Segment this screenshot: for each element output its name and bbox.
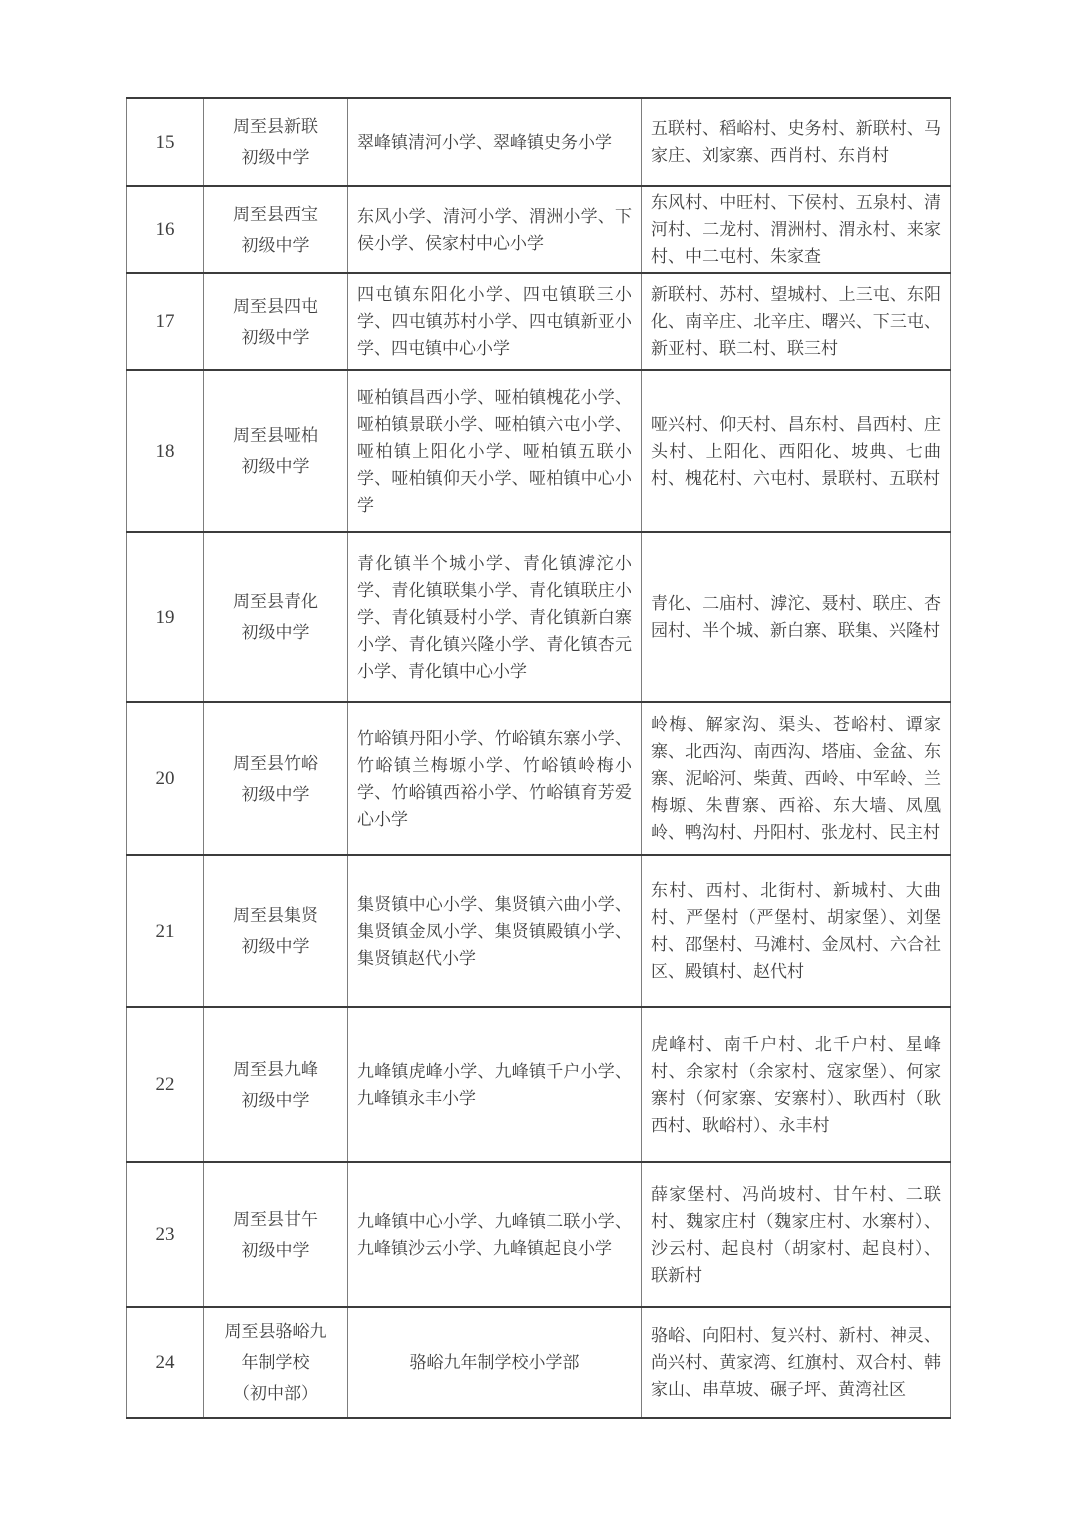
table-row-19: 19 周至县青化 初级中学 青化镇半个城小学、青化镇滹沱小学、青化镇联集小学、青… [127,532,951,702]
primary-schools-cell: 翠峰镇清河小学、翠峰镇史务小学 [348,98,642,186]
middle-school-cell: 周至县九峰 初级中学 [204,1007,348,1162]
primary-schools-cell: 骆峪九年制学校小学部 [348,1307,642,1418]
primary-schools-cell: 集贤镇中心小学、集贤镇六曲小学、集贤镇金凤小学、集贤镇殿镇小学、集贤镇赵代小学 [348,855,642,1007]
villages-cell: 五联村、稻峪村、史务村、新联村、马家庄、刘家寨、西肖村、东肖村 [642,98,951,186]
table-row-23: 23 周至县甘午 初级中学 九峰镇中心小学、九峰镇二联小学、九峰镇沙云小学、九峰… [127,1162,951,1307]
serial-number-cell: 15 [127,98,204,186]
primary-schools-cell: 九峰镇虎峰小学、九峰镇千户小学、九峰镇永丰小学 [348,1007,642,1162]
middle-school-cell: 周至县哑柏 初级中学 [204,370,348,532]
primary-schools-cell: 东风小学、清河小学、渭洲小学、下侯小学、侯家村中心小学 [348,186,642,273]
serial-number-cell: 18 [127,370,204,532]
villages-cell: 虎峰村、南千户村、北千户村、星峰村、余家村（余家村、寇家堡）、何家寨村（何家寨、… [642,1007,951,1162]
primary-schools-cell: 青化镇半个城小学、青化镇滹沱小学、青化镇联集小学、青化镇联庄小学、青化镇聂村小学… [348,532,642,702]
middle-school-cell: 周至县甘午 初级中学 [204,1162,348,1307]
document-page: 15 周至县新联 初级中学 翠峰镇清河小学、翠峰镇史务小学 五联村、稻峪村、史务… [0,0,1080,1528]
serial-number-cell: 16 [127,186,204,273]
primary-schools-cell: 哑柏镇昌西小学、哑柏镇槐花小学、哑柏镇景联小学、哑柏镇六屯小学、哑柏镇上阳化小学… [348,370,642,532]
table-row-20: 20 周至县竹峪 初级中学 竹峪镇丹阳小学、竹峪镇东寨小学、竹峪镇兰梅塬小学、竹… [127,702,951,855]
serial-number-cell: 20 [127,702,204,855]
villages-cell: 新联村、苏村、望城村、上三屯、东阳化、南辛庄、北辛庄、曙兴、下三屯、新亚村、联二… [642,273,951,370]
table-row-16: 16 周至县西宝 初级中学 东风小学、清河小学、渭洲小学、下侯小学、侯家村中心小… [127,186,951,273]
serial-number-cell: 19 [127,532,204,702]
primary-schools-cell: 竹峪镇丹阳小学、竹峪镇东寨小学、竹峪镇兰梅塬小学、竹峪镇岭梅小学、竹峪镇西裕小学… [348,702,642,855]
primary-schools-cell: 四屯镇东阳化小学、四屯镇联三小学、四屯镇苏村小学、四屯镇新亚小学、四屯镇中心小学 [348,273,642,370]
villages-cell: 青化、二庙村、滹沱、聂村、联庄、杏园村、半个城、新白寨、联集、兴隆村 [642,532,951,702]
villages-cell: 岭梅、解家沟、渠头、苍峪村、谭家寨、北西沟、南西沟、塔庙、金盆、东寨、泥峪河、柴… [642,702,951,855]
villages-cell: 哑兴村、仰天村、昌东村、昌西村、庄头村、上阳化、西阳化、坡典、七曲村、槐花村、六… [642,370,951,532]
school-district-table: 15 周至县新联 初级中学 翠峰镇清河小学、翠峰镇史务小学 五联村、稻峪村、史务… [126,97,951,1419]
middle-school-cell: 周至县集贤 初级中学 [204,855,348,1007]
middle-school-cell: 周至县四屯 初级中学 [204,273,348,370]
middle-school-cell: 周至县西宝 初级中学 [204,186,348,273]
middle-school-cell: 周至县青化 初级中学 [204,532,348,702]
table-row-17: 17 周至县四屯 初级中学 四屯镇东阳化小学、四屯镇联三小学、四屯镇苏村小学、四… [127,273,951,370]
middle-school-cell: 周至县竹峪 初级中学 [204,702,348,855]
serial-number-cell: 23 [127,1162,204,1307]
serial-number-cell: 17 [127,273,204,370]
table-row-24: 24 周至县骆峪九 年制学校 （初中部） 骆峪九年制学校小学部 骆峪、向阳村、复… [127,1307,951,1418]
villages-cell: 东村、西村、北街村、新城村、大曲村、严堡村（严堡村、胡家堡）、刘堡村、邵堡村、马… [642,855,951,1007]
primary-schools-cell: 九峰镇中心小学、九峰镇二联小学、九峰镇沙云小学、九峰镇起良小学 [348,1162,642,1307]
villages-cell: 骆峪、向阳村、复兴村、新村、神灵、尚兴村、黄家湾、红旗村、双合村、韩家山、串草坡… [642,1307,951,1418]
table-row-21: 21 周至县集贤 初级中学 集贤镇中心小学、集贤镇六曲小学、集贤镇金凤小学、集贤… [127,855,951,1007]
middle-school-cell: 周至县新联 初级中学 [204,98,348,186]
serial-number-cell: 24 [127,1307,204,1418]
table-row-15: 15 周至县新联 初级中学 翠峰镇清河小学、翠峰镇史务小学 五联村、稻峪村、史务… [127,98,951,186]
villages-cell: 薛家堡村、冯尚坡村、甘午村、二联村、魏家庄村（魏家庄村、水寨村）、沙云村、起良村… [642,1162,951,1307]
serial-number-cell: 22 [127,1007,204,1162]
table-row-18: 18 周至县哑柏 初级中学 哑柏镇昌西小学、哑柏镇槐花小学、哑柏镇景联小学、哑柏… [127,370,951,532]
middle-school-cell: 周至县骆峪九 年制学校 （初中部） [204,1307,348,1418]
serial-number-cell: 21 [127,855,204,1007]
villages-cell: 东风村、中旺村、下侯村、五泉村、清河村、二龙村、渭洲村、渭永村、来家村、中二屯村… [642,186,951,273]
table-row-22: 22 周至县九峰 初级中学 九峰镇虎峰小学、九峰镇千户小学、九峰镇永丰小学 虎峰… [127,1007,951,1162]
